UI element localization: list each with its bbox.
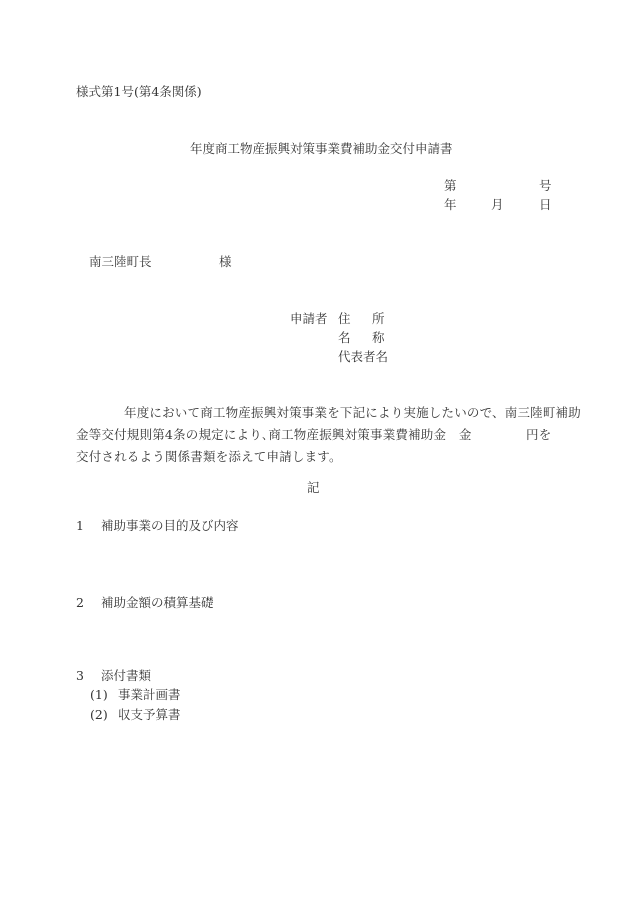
item-3: 3 添付書類 (76, 670, 151, 683)
representative-label: 代表者名 (338, 351, 388, 364)
address-label-1: 住 (338, 313, 351, 326)
item-2: 2 補助金額の積算基礎 (76, 597, 213, 610)
day-label: 日 (539, 199, 552, 212)
item-number: 3 (76, 668, 84, 683)
item-label: 添付書類 (101, 668, 151, 683)
item-number: 2 (76, 595, 84, 610)
year-label: 年 (444, 199, 457, 212)
number-prefix: 第 (444, 180, 457, 193)
attachment-1: (1) 事業計画書 (90, 689, 108, 702)
attachment-2: (2) 収支予算書 (90, 709, 108, 722)
attachment-label: 事業計画書 (118, 689, 181, 702)
body-line-2: 金等交付規則第4条の規定により､商工物産振興対策事業費補助金 金 円を (76, 424, 552, 446)
body-paragraph: 年度において商工物産振興対策事業を下記により実施したいので、南三陸町補助 金等交… (76, 402, 552, 468)
applicant-label: 申請者 (290, 313, 328, 326)
name-label-1: 名 (338, 332, 351, 345)
addressee-honorific: 様 (219, 256, 232, 269)
body-line-1: 年度において商工物産振興対策事業を下記により実施したいので、南三陸町補助 (76, 402, 552, 424)
form-number: 様式第1号(第4条関係) (76, 86, 202, 99)
attachment-number: (2) (90, 707, 108, 722)
item-1: 1 補助事業の目的及び内容 (76, 520, 238, 533)
month-label: 月 (491, 199, 504, 212)
item-number: 1 (76, 518, 84, 533)
amount-suffix: 円を (526, 424, 551, 446)
document-title: 年度商工物産振興対策事業費補助金交付申請書 (190, 143, 453, 156)
attachment-number: (1) (90, 687, 108, 702)
address-label-2: 所 (372, 313, 385, 326)
name-label-2: 称 (372, 332, 385, 345)
attachment-label: 収支予算書 (118, 709, 181, 722)
item-label: 補助事業の目的及び内容 (101, 518, 239, 533)
ki-heading: 記 (307, 482, 320, 495)
item-label: 補助金額の積算基礎 (101, 595, 214, 610)
number-suffix: 号 (539, 180, 552, 193)
addressee-name: 南三陸町長 (89, 256, 152, 269)
body-line-3: 交付されるよう関係書類を添えて申請します。 (76, 446, 552, 468)
